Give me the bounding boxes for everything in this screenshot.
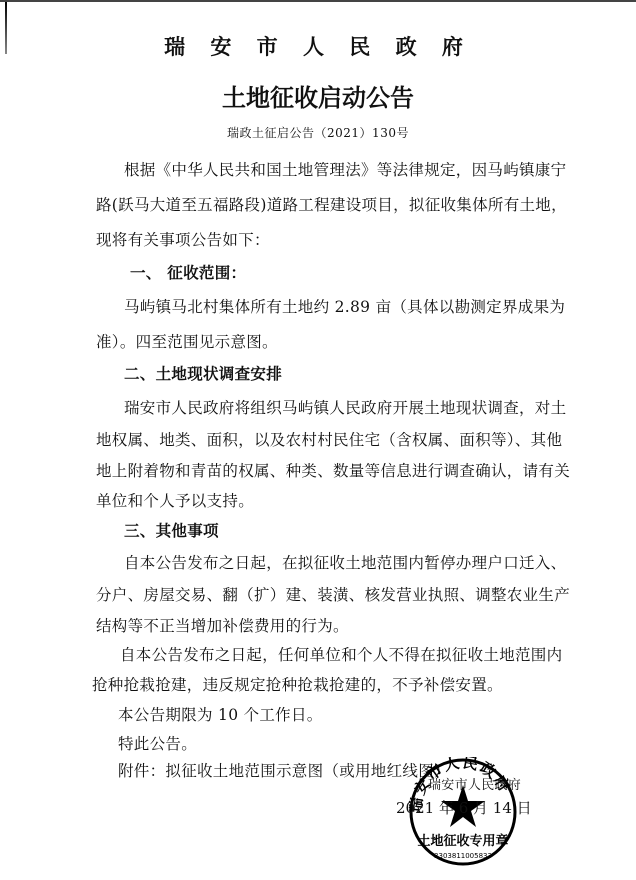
section2-line-2: 地权属、地类、面积，以及农村村民住宅（含权属、面积等）、其他: [96, 428, 562, 450]
signature-issuer: 瑞安市人民政府: [428, 774, 521, 793]
section2-heading: 二、土地现状调查安排: [124, 362, 282, 384]
signature-date: 2021 年 6 月 14 日: [396, 797, 532, 818]
section2-line-1: 瑞安市人民政府将组织马屿镇人民政府开展土地现状调查，对土: [124, 396, 566, 418]
section2-line-4: 单位和个人予以支持。: [96, 489, 254, 511]
intro-line-2: 路(跃马大道至五福路段)道路工程建设项目，拟征收集体所有土地，: [96, 193, 567, 215]
svg-text:3303811005833: 3303811005833: [434, 852, 492, 860]
issuer-title: 瑞 安 市 人 民 政 府: [0, 31, 636, 61]
notice-period: 本公告期限为 10 个工作日。: [118, 703, 323, 725]
section1-line-2: 准）。四至范围见示意图。: [96, 330, 278, 352]
document-number: 瑞政土征启公告（2021）130号: [0, 124, 636, 141]
section3-para1-line-3: 结构等不正当增加补偿费用的行为。: [96, 614, 349, 636]
intro-line-1: 根据《中华人民共和国土地管理法》等法律规定，因马屿镇康宁: [124, 158, 566, 180]
section2-line-3: 地上附着物和青苗的权属、种类、数量等信息进行调查确认，请有关: [96, 459, 570, 481]
section1-line-1: 马屿镇马北村集体所有土地约 2.89 亩（具体以勘测定界成果为: [124, 295, 565, 317]
svg-text:土地征收专用章: 土地征收专用章: [417, 833, 508, 849]
section3-heading: 三、其他事项: [124, 519, 219, 541]
section3-para2-line-1: 自本公告发布之日起，任何单位和个人不得在拟征收土地范围内: [120, 643, 562, 665]
section1-heading: 一、 征收范围：: [130, 261, 246, 283]
section3-para2-line-2: 抢种抢栽抢建，违反规定抢种抢栽抢建的，不予补偿安置。: [92, 673, 503, 695]
section3-para1-line-2: 分户、房屋交易、翻（扩）建、装潢、核发营业执照、调整农业生产: [96, 583, 570, 605]
intro-line-3: 现将有关事项公告如下：: [96, 228, 270, 250]
section3-para1-line-1: 自本公告发布之日起，在拟征收土地范围内暂停办理户口迁入、: [124, 551, 566, 573]
scan-top-edge: [0, 0, 636, 2]
closing-text: 特此公告。: [118, 732, 197, 754]
attachment-link[interactable]: 附件：拟征收土地范围示意图（或用地红线图）: [118, 759, 450, 781]
document-title: 土地征收启动公告: [0, 78, 636, 113]
